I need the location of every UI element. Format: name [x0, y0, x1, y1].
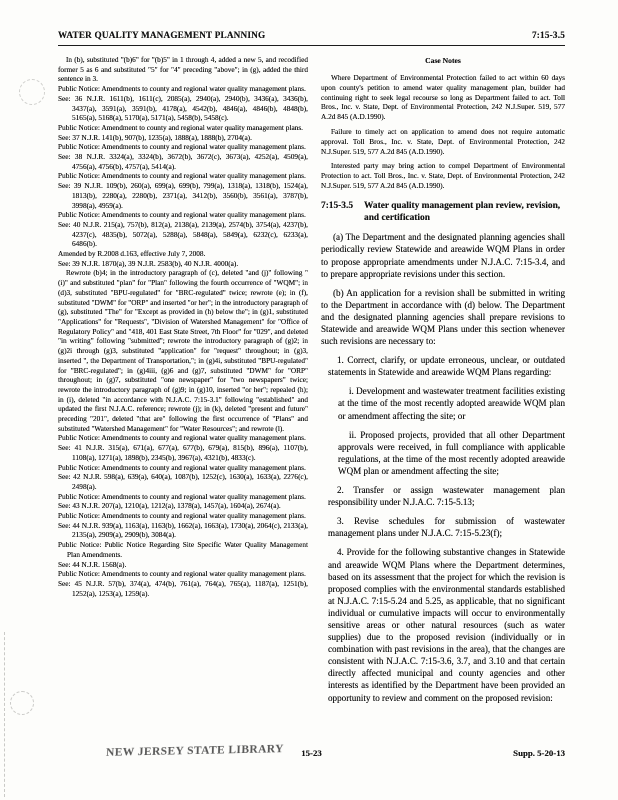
supplement-ref: Supp. 5-20-13 — [513, 748, 565, 758]
history-entry: Rewrote (b)4; in the introductory paragr… — [58, 268, 308, 433]
hole-punch-mark — [10, 691, 34, 715]
section-title: Water quality management plan review, re… — [364, 201, 565, 225]
header-rule — [58, 45, 565, 46]
history-entry: Public Notice: Amendments to county and … — [58, 171, 308, 181]
case-note: Failure to timely act on application to … — [321, 122, 565, 156]
hole-punch-mark — [19, 79, 45, 105]
header-title: WATER QUALITY MANAGEMENT PLANNING — [58, 30, 265, 40]
section-number: 7:15-3.5 — [321, 201, 353, 225]
main-column: Case Notes Where Department of Environme… — [321, 55, 565, 704]
history-entry: Public Notice: Amendments to county and … — [58, 142, 308, 152]
history-entry: Public Notice: Amendments to county and … — [58, 210, 308, 220]
history-entry: Public Notice: Amendments to county and … — [58, 569, 308, 579]
case-note: Interested party may bring action to com… — [321, 156, 565, 190]
section-body: (a) The Department and the designated pl… — [321, 224, 565, 703]
history-entry: See: 40 N.J.R. 215(a), 757(b), 812(a), 2… — [58, 220, 308, 249]
page-body: In (b), substituted "(b)6" for "(b)5" in… — [58, 55, 565, 704]
history-entry: See: 45 N.J.R. 57(b), 374(a), 474(b), 76… — [58, 579, 308, 598]
page-header: WATER QUALITY MANAGEMENT PLANNING 7:15-3… — [58, 30, 565, 40]
scan-edge-artifact — [4, 632, 5, 797]
section-heading: 7:15-3.5 Water quality management plan r… — [321, 201, 565, 225]
history-entry: See: 41 N.J.R. 315(a), 671(a), 677(a), 6… — [58, 443, 308, 462]
body-paragraph: i. Development and wastewater treatment … — [338, 378, 565, 421]
body-paragraph: 1. Correct, clarify, or update erroneous… — [328, 347, 565, 378]
body-paragraph: 3. Revise schedules for submission of wa… — [328, 508, 565, 539]
history-entry: See: 39 N.J.R. 109(b), 260(a), 699(a), 6… — [58, 181, 308, 210]
history-entry: Public Notice: Amendments to county and … — [58, 84, 308, 94]
history-notes-column: In (b), substituted "(b)6" for "(b)5" in… — [58, 55, 308, 704]
history-entry: See: 39 N.J.R. 1870(a), 39 N.J.R. 2583(b… — [58, 259, 308, 269]
body-paragraph: (b) An application for a revision shall … — [321, 280, 565, 347]
page-footer: NEW JERSEY STATE LIBRARY 15-23 Supp. 5-2… — [58, 748, 565, 764]
history-entry: See: 44 N.J.R. 939(a), 1163(a), 1163(b),… — [58, 521, 308, 540]
history-entry: See: 36 N.J.R. 1611(b), 1611(c), 2085(a)… — [58, 94, 308, 123]
case-notes-list: Where Department of Environmental Protec… — [321, 68, 565, 191]
history-entry: See: 43 N.J.R. 207(a), 1210(a), 1212(a),… — [58, 501, 308, 511]
page-number: 15-23 — [58, 748, 565, 758]
history-entry: See: 44 N.J.R. 1568(a). — [58, 560, 308, 570]
case-note: Where Department of Environmental Protec… — [321, 68, 565, 122]
history-entry: Amended by R.2008 d.163, effective July … — [58, 249, 308, 259]
history-entry: Public Notice: Amendment to county and r… — [58, 123, 308, 133]
document-page: WATER QUALITY MANAGEMENT PLANNING 7:15-3… — [0, 0, 618, 800]
body-paragraph: (a) The Department and the designated pl… — [321, 224, 565, 279]
body-paragraph: 2. Transfer or assign wastewater managem… — [328, 477, 565, 508]
body-paragraph: 4. Provide for the following substantive… — [328, 539, 565, 703]
case-notes-heading: Case Notes — [321, 56, 565, 65]
history-entry: Public Notice: Amendments to county and … — [58, 492, 308, 502]
header-section-ref: 7:15-3.5 — [532, 30, 565, 40]
history-entry: Public Notice: Public Notice Regarding S… — [58, 540, 308, 559]
history-entry: Public Notice: Amendments to county and … — [58, 433, 308, 443]
history-entry: See: 42 N.J.R. 598(a), 639(a), 640(a), 1… — [58, 472, 308, 491]
history-entry: See: 38 N.J.R. 3324(a), 3324(b), 3672(b)… — [58, 152, 308, 171]
history-entry: In (b), substituted "(b)6" for "(b)5" in… — [58, 55, 308, 84]
history-entry: Public Notice: Amendments to county and … — [58, 463, 308, 473]
body-paragraph: ii. Proposed projects, provided that all… — [338, 422, 565, 477]
history-entry: Public Notice: Amendments to county and … — [58, 511, 308, 521]
history-entry: See: 37 N.J.R. 141(b), 907(b), 1235(a), … — [58, 133, 308, 143]
